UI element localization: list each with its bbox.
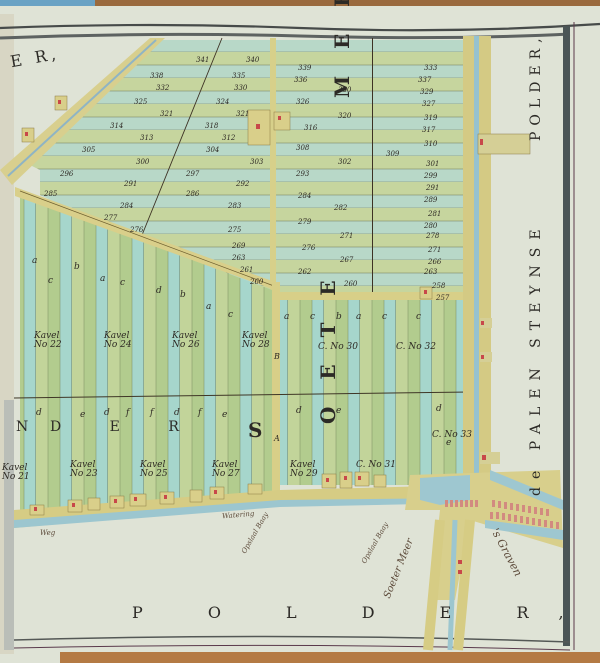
parcel-293: 293 bbox=[296, 170, 309, 178]
parcel-269: 269 bbox=[232, 242, 245, 250]
parcel-292: 292 bbox=[236, 180, 249, 188]
parcel-260b: 260 bbox=[344, 280, 357, 288]
letter-e3: e bbox=[336, 406, 341, 416]
parcel-308: 308 bbox=[296, 144, 309, 152]
meer-label-upper: M E E R bbox=[330, 0, 354, 98]
kavel-29: KavelNo 29 bbox=[290, 461, 318, 479]
map-sheet: M E E R O E T E S D E R N E R, P O L D E… bbox=[0, 6, 600, 663]
letter-f2: f bbox=[150, 408, 153, 418]
parcel-318: 318 bbox=[205, 122, 218, 130]
parcel-275: 275 bbox=[228, 226, 241, 234]
parcel-329: 329 bbox=[420, 88, 433, 96]
parcel-324: 324 bbox=[216, 98, 229, 106]
kavel-22: KavelNo 22 bbox=[34, 332, 62, 350]
parcel-310: 310 bbox=[424, 140, 437, 148]
steynse-polder-label: de PALEN STEYNSE bbox=[528, 221, 544, 496]
parcel-283: 283 bbox=[228, 202, 241, 210]
parcel-279: 279 bbox=[298, 218, 311, 226]
letter-b2: b bbox=[180, 290, 186, 300]
parcel-281: 281 bbox=[428, 210, 441, 218]
parcel-289: 289 bbox=[424, 196, 437, 204]
parcel-260: 260 bbox=[250, 278, 263, 286]
parcel-341: 341 bbox=[196, 56, 209, 64]
letter-d3: d bbox=[104, 408, 110, 418]
letter-e2: e bbox=[222, 410, 227, 420]
s-label: S bbox=[248, 418, 272, 442]
kavel-c30: C. No 30 bbox=[318, 343, 358, 352]
letter-c5: c bbox=[382, 312, 387, 322]
letter-c6: c bbox=[416, 312, 421, 322]
parcel-263: 263 bbox=[232, 254, 245, 262]
parcel-271: 271 bbox=[340, 232, 353, 240]
letter-a5: a bbox=[356, 312, 361, 322]
parcel-330: 330 bbox=[338, 86, 351, 94]
parcel-303: 303 bbox=[250, 158, 263, 166]
kavel-24: KavelNo 24 bbox=[104, 332, 132, 350]
parcel-280: 280 bbox=[424, 222, 437, 230]
kavel-25: KavelNo 25 bbox=[140, 461, 168, 479]
parcel-257: 257 bbox=[436, 294, 449, 302]
parcel-332: 332 bbox=[156, 84, 169, 92]
polder-bottom-label: P O L D E R, bbox=[132, 603, 594, 622]
parcel-338: 338 bbox=[150, 72, 163, 80]
parcel-262: 262 bbox=[298, 268, 311, 276]
parcel-319: 319 bbox=[424, 114, 437, 122]
letter-a3: a bbox=[206, 302, 211, 312]
parcel-267: 267 bbox=[340, 256, 353, 264]
letter-f: f bbox=[126, 408, 129, 418]
parcel-316: 316 bbox=[304, 124, 317, 132]
parcel-312: 312 bbox=[222, 134, 235, 142]
parcel-284b: 284 bbox=[298, 192, 311, 200]
kavel-28: KavelNo 28 bbox=[242, 332, 270, 350]
parcel-263b: 263 bbox=[424, 268, 437, 276]
parcel-305: 305 bbox=[82, 146, 95, 154]
parcel-327: 327 bbox=[422, 100, 435, 108]
weg-label: Weg bbox=[40, 529, 55, 537]
kavel-27: KavelNo 27 bbox=[212, 461, 240, 479]
table-edge-bottom bbox=[60, 652, 600, 663]
parcel-276b: 276 bbox=[302, 244, 315, 252]
letter-a4: a bbox=[284, 312, 289, 322]
parcel-299: 299 bbox=[424, 172, 437, 180]
parcel-284: 284 bbox=[120, 202, 133, 210]
letter-e4: e bbox=[446, 438, 451, 448]
parcel-339: 339 bbox=[298, 64, 311, 72]
letter-c3: c bbox=[228, 310, 233, 320]
kavel-c31: C. No 31 bbox=[356, 461, 396, 470]
parcel-317: 317 bbox=[422, 126, 435, 134]
parcel-291b: 291 bbox=[426, 184, 439, 192]
parcel-336: 336 bbox=[294, 76, 307, 84]
parcel-258: 258 bbox=[432, 282, 445, 290]
parcel-326: 326 bbox=[296, 98, 309, 106]
parcel-277: 277 bbox=[104, 214, 117, 222]
polder-left-n: N bbox=[16, 419, 38, 435]
letter-b3: b bbox=[336, 312, 342, 322]
strip-letter-a: A bbox=[274, 434, 280, 443]
letter-a2: a bbox=[100, 274, 105, 284]
parcel-297: 297 bbox=[186, 170, 199, 178]
parcel-261: 261 bbox=[240, 266, 253, 274]
parcel-321: 321 bbox=[160, 110, 173, 118]
kavel-26: KavelNo 26 bbox=[172, 332, 200, 350]
parcel-278: 278 bbox=[426, 232, 439, 240]
letter-a: a bbox=[32, 256, 37, 266]
parcel-331: 330 bbox=[234, 84, 247, 92]
strip-letter-b: B bbox=[274, 352, 280, 361]
parcel-291: 291 bbox=[124, 180, 137, 188]
parcel-333: 333 bbox=[424, 64, 437, 72]
letter-d2: d bbox=[36, 408, 42, 418]
letter-e: e bbox=[80, 410, 85, 420]
parcel-340: 340 bbox=[246, 56, 259, 64]
parcel-271b: 271 bbox=[428, 246, 441, 254]
letter-c4: c bbox=[310, 312, 315, 322]
parcel-304: 304 bbox=[206, 146, 219, 154]
steynse-polder-top: POLDER, bbox=[528, 32, 544, 141]
parcel-321b: 321 bbox=[236, 110, 249, 118]
parcel-309: 309 bbox=[386, 150, 399, 158]
parcel-300: 300 bbox=[136, 158, 149, 166]
parcel-325: 325 bbox=[134, 98, 147, 106]
parcel-276: 276 bbox=[130, 226, 143, 234]
parcel-286: 286 bbox=[186, 190, 199, 198]
kavel-c33: C. No 33 bbox=[432, 431, 472, 440]
parcel-337: 337 bbox=[418, 76, 431, 84]
parcel-266: 266 bbox=[428, 258, 441, 266]
letter-c: c bbox=[48, 276, 53, 286]
parcel-301: 301 bbox=[426, 160, 439, 168]
parcel-296: 296 bbox=[60, 170, 73, 178]
parcel-313: 313 bbox=[140, 134, 153, 142]
parcel-282: 282 bbox=[334, 204, 347, 212]
parcel-320: 320 bbox=[338, 112, 351, 120]
letter-d4: d bbox=[174, 408, 180, 418]
letter-c2: c bbox=[120, 278, 125, 288]
kavel-c32: C. No 32 bbox=[396, 343, 436, 352]
letter-d: d bbox=[156, 286, 162, 296]
parcel-285: 285 bbox=[44, 190, 57, 198]
parcel-302: 302 bbox=[338, 158, 351, 166]
parcel-335: 335 bbox=[232, 72, 245, 80]
kavel-23: KavelNo 23 bbox=[70, 461, 98, 479]
letter-f3: f bbox=[198, 408, 201, 418]
kavel-21: KavelNo 21 bbox=[2, 464, 30, 482]
letter-d5: d bbox=[296, 406, 302, 416]
letter-b: b bbox=[74, 262, 80, 272]
polder-left-label: D E R bbox=[50, 419, 201, 435]
letter-d6: d bbox=[436, 404, 442, 414]
parcel-314: 314 bbox=[110, 122, 123, 130]
